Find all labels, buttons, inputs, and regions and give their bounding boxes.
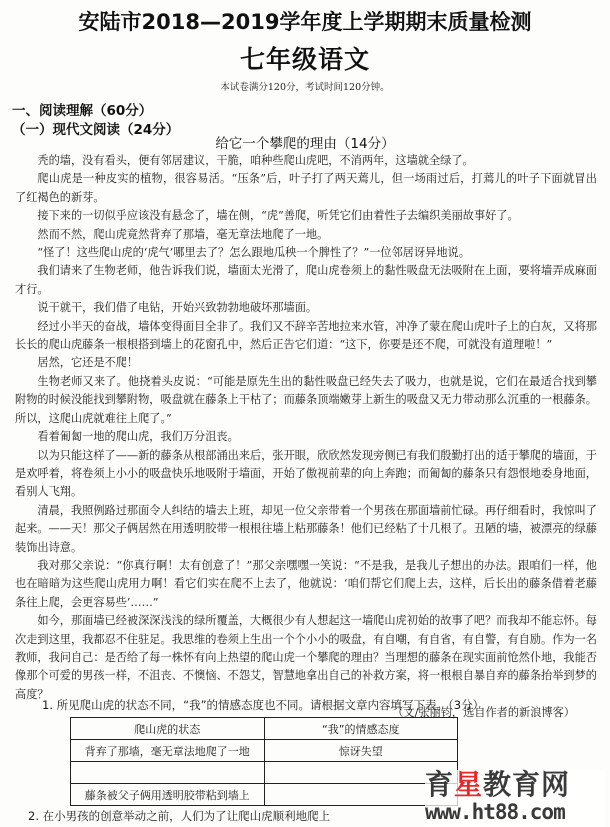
watermark-url: www.ht88.com xyxy=(425,800,605,824)
watermark-brand-accent: 星 xyxy=(454,768,483,801)
exam-title: 安陆市2018—2019学年度上学期期末质量检测 xyxy=(0,6,610,36)
table-cell: 背弃了那墙，毫无章法地爬了一地 xyxy=(71,740,265,762)
article-paragraph: 以为只能这样了——新的藤条从根部涌出来后，张开眼，欣欣然发现旁侧已有我们殷勤打出… xyxy=(15,447,597,502)
article-paragraph: 说干就干，我们借了电钻，开始兴致勃勃地破坏那墙面。 xyxy=(15,299,597,317)
table-header-cell: 爬山虎的状态 xyxy=(71,718,265,740)
article-paragraph: 看着匍匐一地的爬山虎，我们万分沮丧。 xyxy=(15,428,597,446)
watermark-brand-text: 教育网 xyxy=(483,768,570,801)
table-header-row: 爬山虎的状态 “我”的情感态度 xyxy=(71,718,458,740)
article-body: 秃的墙，没有看头，便有邻居建议，干脆，咱种些爬山虎吧，不消两年，这墙就全绿了。 … xyxy=(15,152,597,723)
article-paragraph: 如今，那面墙已经被深深浅浅的绿所覆盖，大概很少有人想起这一墙爬山虎初始的故事了吧… xyxy=(15,612,597,704)
article-title: 给它一个攀爬的理由（14分） xyxy=(0,132,610,152)
subject-title: 七年级语文 xyxy=(0,40,610,76)
section-heading: 一、阅读理解（60分） xyxy=(12,99,152,119)
article-paragraph: 居然，它还是不爬！ xyxy=(15,354,597,372)
article-paragraph: 我对那父亲说：“你真行啊！太有创意了！”那父亲嘿嘿一笑说：“不是我，是我儿子想出… xyxy=(15,557,597,612)
table-row xyxy=(71,762,458,784)
table-cell: 惊讶失望 xyxy=(264,740,458,762)
exam-page: 安陆市2018—2019学年度上学期期末质量检测 七年级语文 本试卷满分120分… xyxy=(0,0,610,827)
article-paragraph: 我们请来了生物老师，他告诉我们说，墙面太光滑了，爬山虎卷须上的黏性吸盘无法吸附在… xyxy=(15,262,597,299)
article-paragraph: 秃的墙，没有看头，便有邻居建议，干脆，咱种些爬山虎吧，不消两年，这墙就全绿了。 xyxy=(15,152,597,170)
answer-table: 爬山虎的状态 “我”的情感态度 背弃了那墙，毫无章法地爬了一地 惊讶失望 藤条被… xyxy=(70,717,458,806)
exam-note: 本试卷满分120分，考试时间120分钟。 xyxy=(0,79,610,93)
article-paragraph: 爬山虎是一种皮实的植物，很容易活。“压条”后，叶子打了两天蔫儿，但一场雨过后，打… xyxy=(15,170,597,207)
table-cell: 藤条被父子俩用透明胶带粘到墙上 xyxy=(71,784,265,806)
table-header-cell: “我”的情感态度 xyxy=(264,718,458,740)
article-paragraph: 接下来的一切似乎应该没有悬念了，墙在侧，“虎”善爬，听凭它们由着性子去编织美丽故… xyxy=(15,207,597,225)
question-1-prompt: 1. 所见爬山虎的状态不同，“我”的情感态度也不同。请根据文章内容填写下表。（3… xyxy=(42,697,602,713)
article-paragraph: 经过小半天的奋战，墙体变得面目全非了。我们又不辞辛苦地拉来水管，冲净了蒙在爬山虎… xyxy=(15,318,597,355)
table-row: 背弃了那墙，毫无章法地爬了一地 惊讶失望 xyxy=(71,740,458,762)
watermark-brand-text: 育 xyxy=(425,768,454,801)
watermark-brand: 育星教育网 xyxy=(425,770,605,800)
article-paragraph: 生物老师又来了。他挠着头皮说：“可能是原先生出的黏性吸盘已经失去了吸力，也就是说… xyxy=(15,373,597,428)
article-paragraph: “怪了！这些爬山虎的‘虎气’哪里去了？怎么跟地瓜秧一个脾性了？”一位邻居讶异地说… xyxy=(15,244,597,262)
table-row: 藤条被父子俩用透明胶带粘到墙上 xyxy=(71,784,458,806)
article-paragraph: 然而不然，爬山虎竟然背弃了那墙，毫无章法地爬了一地。 xyxy=(15,226,597,244)
article-paragraph: 清晨，我照例路过那面令人纠结的墙去上班，却见一位父亲带着一个男孩在那面墙前忙碌。… xyxy=(15,502,597,557)
table-answer-blank[interactable] xyxy=(71,762,265,784)
watermark-logo: 育星教育网 www.ht88.com xyxy=(425,770,605,827)
